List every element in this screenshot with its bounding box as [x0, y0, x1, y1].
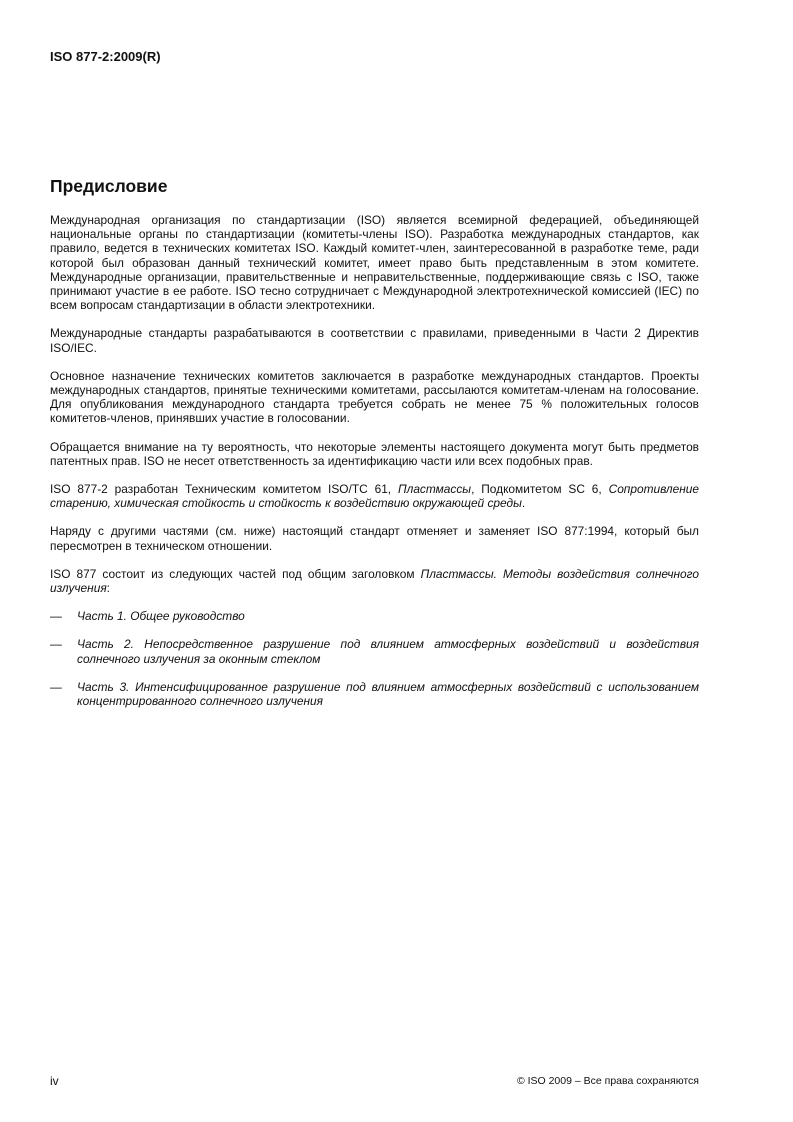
- paragraph-iso-overview: Международная организация по стандартиза…: [50, 213, 699, 312]
- list-item: — Часть 1. Общее руководство: [50, 609, 699, 623]
- paragraph-prepared-by: ISO 877-2 разработан Техническим комитет…: [50, 482, 699, 510]
- text-run: ISO 877-2 разработан Техническим комитет…: [50, 482, 398, 496]
- paragraph-committees: Основное назначение технических комитето…: [50, 369, 699, 426]
- text-run: .: [522, 496, 525, 510]
- section-title: Предисловие: [50, 176, 167, 197]
- list-item: — Часть 3. Интенсифицированное разрушени…: [50, 680, 699, 708]
- part-title: Часть 2. Непосредственное разрушение под…: [77, 637, 699, 665]
- italic-committee-name: Пластмассы: [398, 482, 471, 496]
- em-dash-bullet: —: [50, 637, 77, 665]
- text-run: ISO 877 состоит из следующих частей под …: [50, 567, 421, 581]
- part-title: Часть 3. Интенсифицированное разрушение …: [77, 680, 699, 708]
- em-dash-bullet: —: [50, 609, 77, 623]
- parts-list: — Часть 1. Общее руководство — Часть 2. …: [50, 609, 699, 708]
- copyright-notice: © ISO 2009 – Все права сохраняются: [517, 1075, 699, 1087]
- part-title: Часть 1. Общее руководство: [77, 609, 699, 623]
- list-item: — Часть 2. Непосредственное разрушение п…: [50, 637, 699, 665]
- paragraph-parts-intro: ISO 877 состоит из следующих частей под …: [50, 567, 699, 595]
- paragraph-revision: Наряду с другими частями (см. ниже) наст…: [50, 524, 699, 552]
- text-run: , Подкомитетом SC 6,: [471, 482, 609, 496]
- page-number: iv: [50, 1074, 59, 1088]
- foreword-body: Международная организация по стандартиза…: [50, 213, 699, 722]
- text-run: :: [107, 581, 110, 595]
- paragraph-directives: Международные стандарты разрабатываются …: [50, 326, 699, 354]
- document-id-header: ISO 877-2:2009(R): [50, 49, 161, 64]
- paragraph-patents: Обращается внимание на ту вероятность, ч…: [50, 440, 699, 468]
- em-dash-bullet: —: [50, 680, 77, 708]
